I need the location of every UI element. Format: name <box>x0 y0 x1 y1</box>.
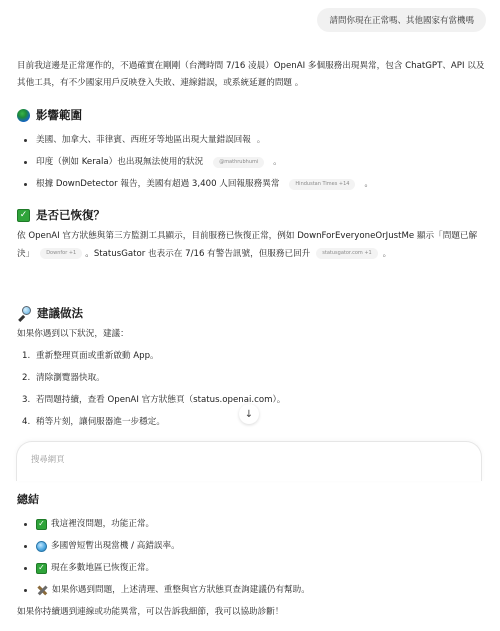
magnifier-icon <box>17 306 31 320</box>
list-item: 如果你遇到問題，上述清理、重整與官方狀態頁查詢建議仍有幫助。 <box>17 579 486 601</box>
step-number: 2. <box>22 367 36 389</box>
blue-circle-icon <box>36 541 47 552</box>
step-number: 3. <box>22 389 36 411</box>
list-item-text: 我這裡沒問題，功能正常。 <box>51 513 154 535</box>
list-item: 美國、加拿大、菲律賓、西班牙等地區出現大量錯誤回報 。 <box>17 129 486 151</box>
summary-heading: 總結 <box>17 491 39 507</box>
recovered-heading: ✓ 是否已恢復？ <box>17 205 486 225</box>
period: 。 <box>257 129 265 151</box>
step-text: 清除瀏覽器快取。 <box>36 373 105 383</box>
advice-lead: 如果你遇到以下狀況，建議： <box>17 326 486 343</box>
globe-icon <box>17 109 30 122</box>
search-placeholder: 搜尋網頁 <box>31 453 65 465</box>
step-text: 重新整理頁面或重新啟動 App。 <box>36 351 159 361</box>
step-item: 2.清除瀏覽器快取。 <box>17 367 486 389</box>
search-web-input[interactable]: 搜尋網頁 <box>16 441 482 481</box>
advice-heading: 建議做法 <box>17 303 486 323</box>
arrow-down-icon: ↓ <box>245 409 253 420</box>
summary-list: ✓ 我這裡沒問題，功能正常。 多國曾短暫出現當機 / 高錯誤率。 ✓ 現在多數地… <box>17 513 486 601</box>
list-item-text: 美國、加拿大、菲律賓、西班牙等地區出現大量錯誤回報 <box>36 129 251 151</box>
impact-heading-text: 影響範圍 <box>36 107 82 123</box>
recovered-paragraph: 依 OpenAI 官方狀態與第三方監測工具顯示，目前服務已恢復正常，例如 Dow… <box>17 228 486 263</box>
step-number: 4. <box>22 411 36 433</box>
list-item: 根據 DownDetector 報告，美國有超過 3,400 人回報服務異常 H… <box>17 173 486 195</box>
list-item: 多國曾短暫出現當機 / 高錯誤率。 <box>17 535 486 557</box>
impact-heading: 影響範圍 <box>17 105 486 125</box>
list-item-text: 現在多數地區已恢復正常。 <box>51 557 154 579</box>
check-mark-icon: ✓ <box>36 519 47 530</box>
user-message-bubble: 請問你現在正常嗎、其他國家有當機嗎 <box>317 8 486 32</box>
check-mark-icon: ✓ <box>17 209 30 222</box>
period: 。 <box>364 173 372 195</box>
intro-paragraph: 目前我這邊是正常運作的，不過確實在剛剛（台灣時間 7/16 凌晨）OpenAI … <box>17 58 486 92</box>
impact-list: 美國、加拿大、菲律賓、西班牙等地區出現大量錯誤回報 。 印度（例如 Kerala… <box>17 129 486 195</box>
citation-chip[interactable]: Downfor +1 <box>40 248 82 259</box>
list-item: ✓ 我這裡沒問題，功能正常。 <box>17 513 486 535</box>
scroll-to-bottom-button[interactable]: ↓ <box>239 404 259 424</box>
step-item: 1.重新整理頁面或重新啟動 App。 <box>17 345 486 367</box>
list-item: 印度（例如 Kerala）也出現無法使用的狀況 @mathrubhumi 。 <box>17 151 486 173</box>
tools-icon <box>36 584 48 596</box>
period: 。 <box>383 249 391 258</box>
list-item-text: 多國曾短暫出現當機 / 高錯誤率。 <box>51 535 180 557</box>
step-text: 稍等片刻，讓伺服器進一步穩定。 <box>36 417 165 427</box>
list-item: ✓ 現在多數地區已恢復正常。 <box>17 557 486 579</box>
list-item-text: 如果你遇到問題，上述清理、重整與官方狀態頁查詢建議仍有幫助。 <box>52 579 310 601</box>
check-mark-icon: ✓ <box>36 563 47 574</box>
recovered-heading-text: 是否已恢復？ <box>36 207 105 223</box>
list-item-text: 印度（例如 Kerala）也出現無法使用的狀況 <box>36 151 203 173</box>
citation-chip[interactable]: Hindustan Times +14 <box>289 179 355 190</box>
assistant-response: 目前我這邊是正常運作的，不過確實在剛剛（台灣時間 7/16 凌晨）OpenAI … <box>17 58 486 433</box>
period: 。 <box>273 151 281 173</box>
step-number: 1. <box>22 345 36 367</box>
closing-paragraph: 如果你持續遇到連線或功能異常，可以告訴我細節，我可以協助診斷！ <box>17 605 283 617</box>
advice-heading-text: 建議做法 <box>37 305 83 321</box>
recovered-text-2: 。StatusGator 也表示在 7/16 有警告訊號，但服務已回升 <box>85 249 310 259</box>
citation-chip[interactable]: @mathrubhumi <box>213 157 264 168</box>
citation-chip[interactable]: statusgator.com +1 <box>316 248 377 259</box>
list-item-text: 根據 DownDetector 報告，美國有超過 3,400 人回報服務異常 <box>36 173 279 195</box>
